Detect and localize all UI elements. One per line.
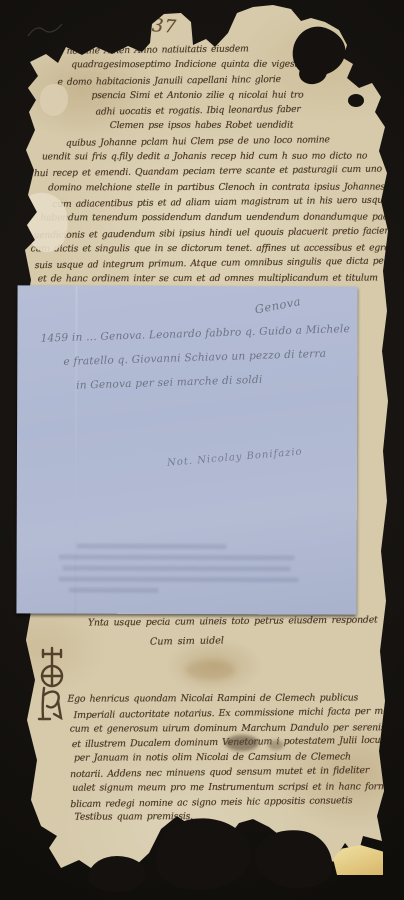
blue-archive-slip: Genova 1459 in ... Genova. Leonardo fabb… — [16, 285, 357, 614]
post-slip-line: Ynta usque pecia cum uineis toto petrus … — [88, 614, 378, 628]
parchment-tear — [151, 813, 254, 895]
ghost-show-through-text — [58, 544, 308, 600]
paper-stain — [185, 660, 235, 680]
slip-signature: Not. Nicolay Bonifazio — [167, 447, 303, 469]
slip-note-text: 1459 in ... Genova. Leonardo fabbro q. G… — [40, 317, 342, 398]
lower-text-block: Ego henricus quondam Nicolai Rampini de … — [67, 691, 374, 827]
archive-number: 37 — [151, 15, 177, 38]
upper-text-block: In nomine Amen Anno natiuitatis eiusdemq… — [27, 41, 365, 288]
manuscript-line: quadragesimoseptimo Indicione quinta die… — [71, 57, 363, 73]
manuscript-line: Testibus quam premissis. — [74, 810, 374, 826]
manuscript-photo: 37 In nomine Amen Anno natiuitatis eiusd… — [0, 0, 404, 900]
cum-clause: Cum sim uidel — [150, 635, 224, 647]
slip-region-label: Genova — [254, 294, 302, 317]
corner-scratch-marks — [24, 16, 68, 44]
